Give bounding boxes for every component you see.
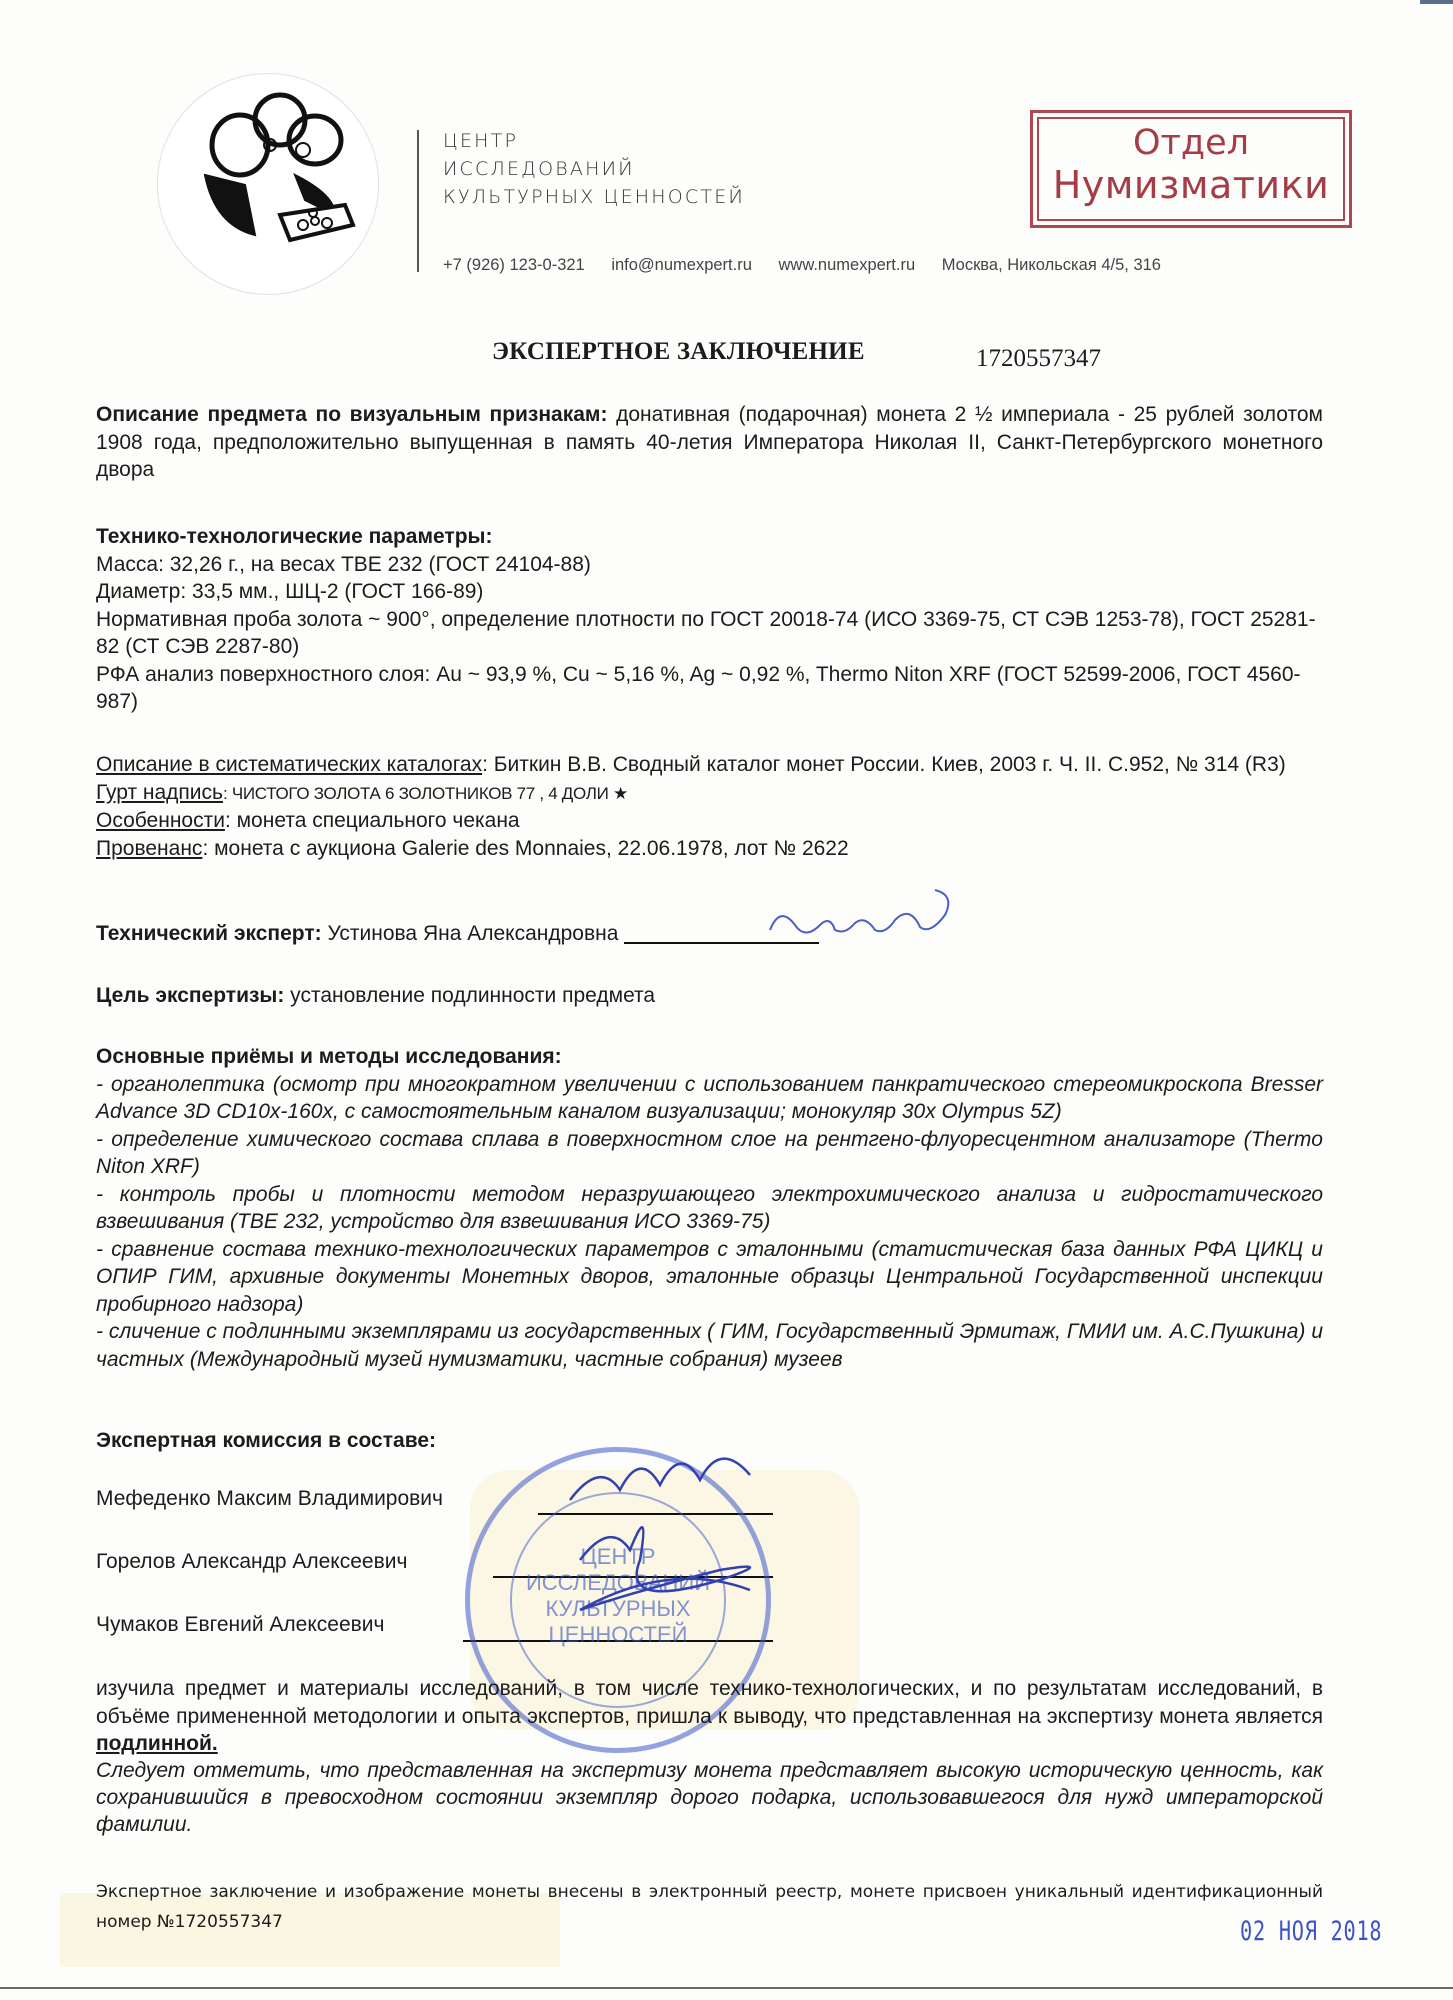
tech-param-line: Масса: 32,26 г., на весах ТВЕ 232 (ГОСТ … (96, 551, 1323, 579)
catalog-entry: Описание в систематических каталогах: Би… (96, 751, 1323, 779)
tech-params: Технико-технологические параметры: Масса… (96, 523, 1323, 716)
numismatists-logo-icon (185, 85, 360, 255)
commission-member: Чумаков Евгений Алексеевич (96, 1613, 384, 1637)
website-link[interactable]: www.numexpert.ru (779, 256, 916, 274)
edge-text: : ЧИСТОГО ЗОЛОТА 6 ЗОЛОТНИКОВ 77 , 4 ДОЛ… (223, 784, 628, 803)
methods: Основные приёмы и методы исследования: -… (96, 1043, 1323, 1373)
conclusion: изучила предмет и материалы исследований… (96, 1675, 1323, 1758)
features-text: : монета специального чекана (225, 809, 520, 832)
item-description: Описание предмета по визуальным признака… (96, 401, 1323, 484)
method-item: - контроль пробы и плотности методом нер… (96, 1181, 1323, 1236)
contacts-row: +7 (926) 123-0-321 info@numexpert.ru www… (443, 256, 1183, 275)
commission-label: Экспертная комиссия в составе: (96, 1429, 436, 1452)
tech-param-line: РФА анализ поверхностного слоя: Au ~ 93,… (96, 661, 1323, 716)
provenance-text: : монета с аукциона Galerie des Monnaies… (202, 837, 848, 860)
org-line: КУЛЬТУРНЫХ ЦЕННОСТЕЙ (443, 183, 745, 211)
document-title: ЭКСПЕРТНОЕ ЗАКЛЮЧЕНИЕ (492, 338, 865, 366)
tech-param-line: Диаметр: 33,5 мм., ШЦ-2 (ГОСТ 166-89) (96, 578, 1323, 606)
goal-label: Цель экспертизы: (96, 984, 284, 1007)
description-label: Описание предмета по визуальным признака… (96, 403, 607, 426)
goal-text: установление подлинности предмета (284, 984, 655, 1007)
org-line: ЦЕНТР (443, 127, 745, 155)
tech-expert-name: Устинова Яна Александровна (322, 922, 625, 945)
department-stamp-line1: Отдел (1033, 123, 1349, 163)
tech-params-label: Технико-технологические параметры: (96, 525, 492, 548)
commission-member: Горелов Александр Алексеевич (96, 1550, 407, 1574)
date-stamp: 02 НОЯ 2018 (1240, 1916, 1382, 1947)
catalog-block: Описание в систематических каталогах: Би… (96, 751, 1323, 862)
tech-expert-signature-icon (760, 885, 970, 955)
goal: Цель экспертизы: установление подлинност… (96, 982, 1323, 1010)
department-stamp: Отдел Нумизматики (1030, 110, 1352, 228)
document-number: 1720557347 (976, 345, 1101, 373)
scan-corner-mark (1420, 0, 1453, 4)
header-divider (417, 130, 419, 272)
email-link[interactable]: info@numexpert.ru (611, 256, 752, 274)
provenance-entry: Провенанс: монета с аукциона Galerie des… (96, 835, 1323, 863)
tech-expert-label: Технический эксперт: (96, 922, 322, 945)
commission-signatures-icon (520, 1440, 800, 1640)
conclusion-text: изучила предмет и материалы исследований… (96, 1677, 1323, 1728)
features-label: Особенности (96, 809, 225, 832)
catalog-label: Описание в систематических каталогах (96, 753, 482, 776)
verdict: подлинной. (96, 1732, 218, 1755)
tech-param-line: Нормативная проба золота ~ 900°, определ… (96, 606, 1323, 661)
methods-label: Основные приёмы и методы исследования: (96, 1045, 562, 1068)
phone: +7 (926) 123-0-321 (443, 256, 585, 274)
method-item: - сравнение состава технико-технологичес… (96, 1236, 1323, 1319)
organization-name: ЦЕНТР ИССЛЕДОВАНИЙ КУЛЬТУРНЫХ ЦЕННОСТЕЙ (443, 127, 745, 211)
page-bottom-edge (0, 1987, 1453, 1989)
method-item: - сличение с подлинными экземплярами из … (96, 1318, 1323, 1373)
edge-entry: Гурт надпись: ЧИСТОГО ЗОЛОТА 6 ЗОЛОТНИКО… (96, 779, 1323, 808)
provenance-label: Провенанс (96, 837, 202, 860)
catalog-text: : Биткин В.В. Сводный каталог монет Росс… (482, 753, 1286, 776)
org-line: ИССЛЕДОВАНИЙ (443, 155, 745, 183)
historical-note: Следует отметить, что представленная на … (96, 1757, 1323, 1838)
commission-member: Мефеденко Максим Владимирович (96, 1487, 443, 1511)
department-stamp-line2: Нумизматики (1033, 163, 1349, 207)
edge-label: Гурт надпись (96, 781, 223, 804)
method-item: - органолептика (осмотр при многократном… (96, 1071, 1323, 1126)
address: Москва, Никольская 4/5, 316 (942, 256, 1161, 274)
method-item: - определение химического состава сплава… (96, 1126, 1323, 1181)
registry-note: Экспертное заключение и изображение моне… (96, 1877, 1323, 1937)
tech-expert: Технический эксперт: Устинова Яна Алекса… (96, 920, 1323, 948)
features-entry: Особенности: монета специального чекана (96, 807, 1323, 835)
